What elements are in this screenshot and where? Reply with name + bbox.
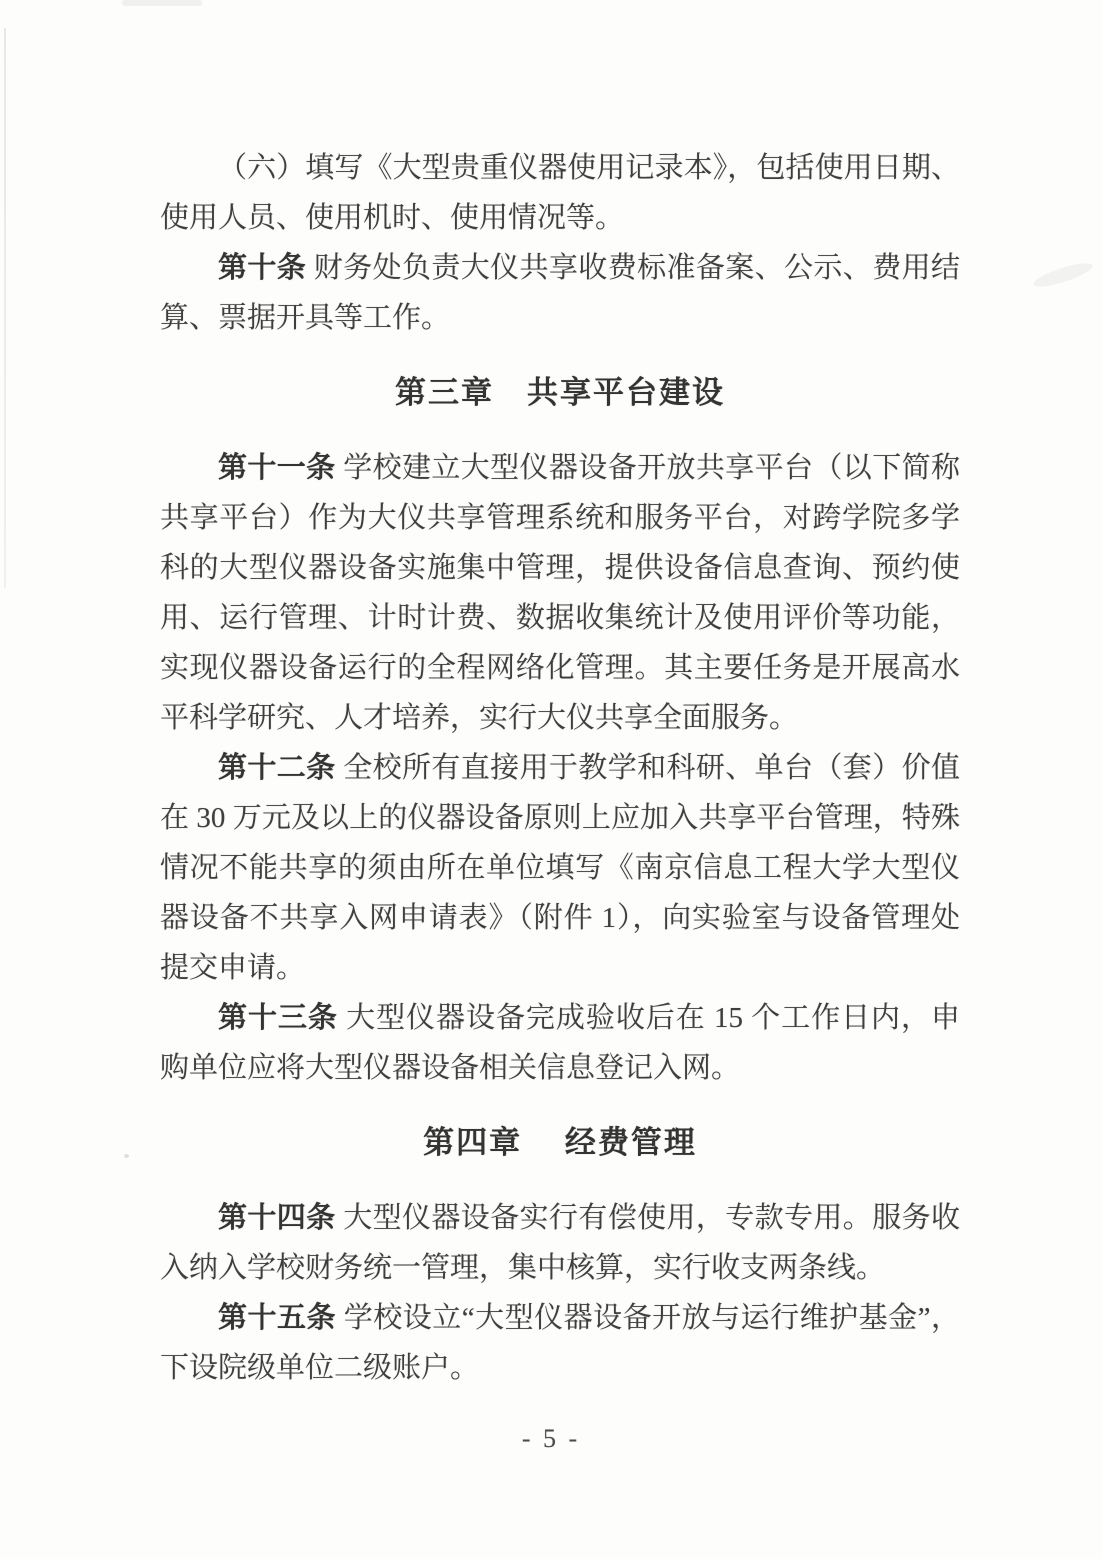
paragraph-article-10: 第十条 财务处负责大仪共享收费标准备案、公示、费用结算、票据开具等工作。 [160,243,960,343]
article-10-number: 第十条 [218,252,306,284]
paragraph-article-12: 第十二条 全校所有直接用于教学和科研、单台（套）价值在 30 万元及以上的仪器设… [160,743,960,993]
page-number: - 5 - [0,1424,1102,1454]
scan-artifact-edge-line [4,28,6,588]
paragraph-text: 全校所有直接用于教学和科研、单台（套）价值在 30 万元及以上的仪器设备原则上应… [160,752,960,984]
article-12-number: 第十二条 [218,752,336,784]
paragraph-article-11: 第十一条 学校建立大型仪器设备开放共享平台（以下简称共享平台）作为大仪共享管理系… [160,443,960,743]
scan-artifact-smudge [122,0,202,6]
paragraph-article-14: 第十四条 大型仪器设备实行有偿使用，专款专用。服务收入纳入学校财务统一管理，集中… [160,1193,960,1293]
article-15-number: 第十五条 [218,1302,336,1334]
scan-artifact-smudge [1031,259,1094,291]
scanned-document-page: （六）填写《大型贵重仪器使用记录本》，包括使用日期、使用人员、使用机时、使用情况… [0,0,1102,1559]
article-13-number: 第十三条 [218,1002,338,1034]
article-14-number: 第十四条 [218,1202,336,1234]
paragraph-item-6: （六）填写《大型贵重仪器使用记录本》，包括使用日期、使用人员、使用机时、使用情况… [160,143,960,243]
chapter-4-heading: 第四章 经费管理 [160,1118,960,1168]
article-11-number: 第十一条 [218,452,336,484]
paragraph-text: （六）填写《大型贵重仪器使用记录本》，包括使用日期、使用人员、使用机时、使用情况… [160,152,960,234]
document-body: （六）填写《大型贵重仪器使用记录本》，包括使用日期、使用人员、使用机时、使用情况… [160,143,960,1393]
paragraph-text: 学校建立大型仪器设备开放共享平台（以下简称共享平台）作为大仪共享管理系统和服务平… [160,452,960,734]
scan-artifact-speck [124,1154,129,1158]
paragraph-article-15: 第十五条 学校设立“大型仪器设备开放与运行维护基金”，下设院级单位二级账户。 [160,1293,960,1393]
chapter-3-heading: 第三章 共享平台建设 [160,368,960,418]
paragraph-article-13: 第十三条 大型仪器设备完成验收后在 15 个工作日内，申购单位应将大型仪器设备相… [160,993,960,1093]
